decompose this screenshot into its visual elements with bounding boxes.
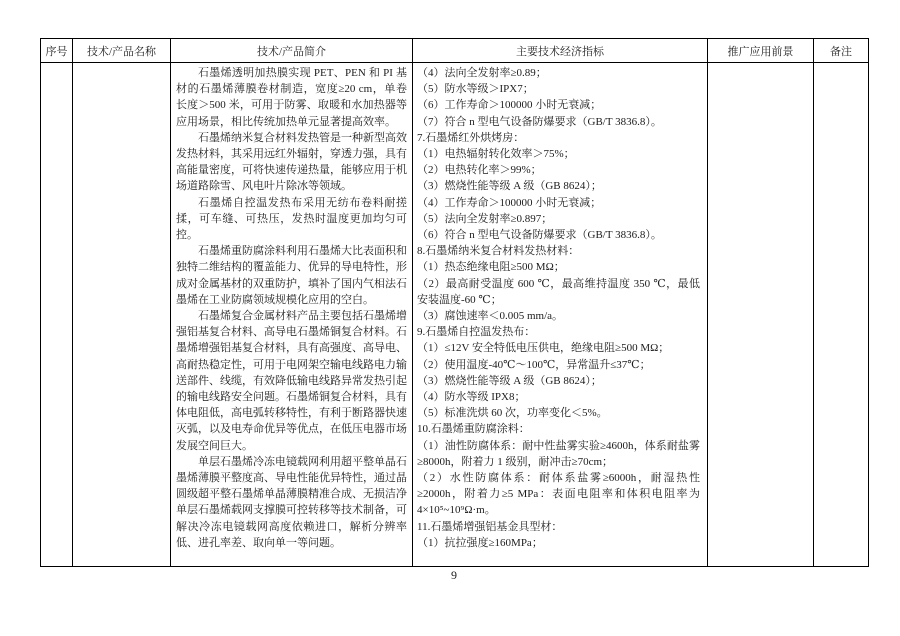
- indicator-line: 8.石墨烯纳米复合材料发热材料：: [417, 243, 700, 259]
- indicator-line: 11.石墨烯增强铝基金具型材：: [417, 519, 700, 535]
- indicator-line: （1）热态绝缘电阻≥500 MΩ；: [417, 259, 700, 275]
- indicator-line: 10.石墨烯重防腐涂料：: [417, 421, 700, 437]
- table-header-row: 序号 技术/产品名称 技术/产品简介 主要技术经济指标 推广应用前景 备注: [41, 39, 869, 63]
- product-spec-table: 序号 技术/产品名称 技术/产品简介 主要技术经济指标 推广应用前景 备注 石墨…: [40, 38, 869, 567]
- indicator-line: （5）防水等级＞IPX7；: [417, 81, 700, 97]
- col-header-product-name: 技术/产品名称: [73, 39, 171, 63]
- col-header-prospect: 推广应用前景: [708, 39, 814, 63]
- intro-paragraph: 石墨烯重防腐涂料利用石墨烯大比表面积和独特二维结构的覆盖能力、优异的导电特性，形…: [176, 243, 407, 308]
- indicator-line: （4）防水等级 IPX8；: [417, 389, 700, 405]
- intro-paragraph: 单层石墨烯冷冻电镜载网利用超平整单晶石墨烯薄膜平整度高、导电性能优异特性，通过晶…: [176, 454, 407, 551]
- indicator-line: （7）符合 n 型电气设备防爆要求（GB/T 3836.8）。: [417, 114, 700, 130]
- indicator-line: 7.石墨烯红外烘烤房：: [417, 130, 700, 146]
- col-header-intro: 技术/产品简介: [171, 39, 413, 63]
- indicator-line: （1）油性防腐体系：耐中性盐雾实验≥4600h，体系耐盐雾≥8000h，附着力 …: [417, 438, 700, 470]
- indicator-line: （3）燃烧性能等级 A 级（GB 8624）；: [417, 178, 700, 194]
- indicator-line: （6）工作寿命＞100000 小时无衰减；: [417, 97, 700, 113]
- table-row: 石墨烯透明加热膜实现 PET、PEN 和 PI 基材的石墨烯薄膜卷材制造，宽度≥…: [41, 63, 869, 567]
- indicator-line: （2）使用温度-40℃～100℃，异常温升≤37℃；: [417, 357, 700, 373]
- serial-cell: [41, 63, 73, 567]
- indicator-line: （3）燃烧性能等级 A 级（GB 8624）；: [417, 373, 700, 389]
- indicator-line: （4）法向全发射率≥0.89；: [417, 65, 700, 81]
- indicator-line: （5）标准洗烘 60 次，功率变化＜5%。: [417, 405, 700, 421]
- indicator-line: （6）符合 n 型电气设备防爆要求（GB/T 3836.8）。: [417, 227, 700, 243]
- product-name-cell: [73, 63, 171, 567]
- col-header-remark: 备注: [814, 39, 869, 63]
- indicator-line: 9.石墨烯自控温发热布：: [417, 324, 700, 340]
- page-number: 9: [40, 568, 868, 583]
- intro-paragraph: 石墨烯透明加热膜实现 PET、PEN 和 PI 基材的石墨烯薄膜卷材制造，宽度≥…: [176, 65, 407, 130]
- col-header-indicators: 主要技术经济指标: [413, 39, 708, 63]
- indicator-line: （2）水性防腐体系：耐体系盐雾≥6000h，耐湿热性≥2000h，附着力≥5 M…: [417, 470, 700, 519]
- indicator-line: （4）工作寿命＞100000 小时无衰减；: [417, 195, 700, 211]
- intro-paragraph: 石墨烯复合金属材料产品主要包括石墨烯增强铝基复合材料、高导电石墨烯铜复合材料。石…: [176, 308, 407, 454]
- indicator-line: （1）电热辐射转化效率＞75%；: [417, 146, 700, 162]
- indicator-line: （1）抗拉强度≥160MPa；: [417, 535, 700, 551]
- col-header-serial: 序号: [41, 39, 73, 63]
- prospect-cell: [708, 63, 814, 567]
- indicator-line: （2）最高耐受温度 600 ℃，最高维持温度 350 ℃，最低安装温度-60 ℃…: [417, 276, 700, 308]
- indicator-line: （3）腐蚀速率＜0.005 mm/a。: [417, 308, 700, 324]
- intro-cell: 石墨烯透明加热膜实现 PET、PEN 和 PI 基材的石墨烯薄膜卷材制造，宽度≥…: [171, 63, 413, 567]
- intro-paragraph: 石墨烯纳米复合材料发热管是一种新型高效发热材料，其采用远红外辐射，穿透力强，具有…: [176, 130, 407, 195]
- remark-cell: [814, 63, 869, 567]
- indicator-line: （5）法向全发射率≥0.897；: [417, 211, 700, 227]
- indicator-line: （2）电热转化率＞99%；: [417, 162, 700, 178]
- indicator-line: （1）≤12V 安全特低电压供电，绝缘电阻≥500 MΩ；: [417, 340, 700, 356]
- intro-paragraph: 石墨烯自控温发热布采用无纺布卷料耐搓揉，可车缝、可热压，发热时温度更加均匀可控。: [176, 195, 407, 244]
- indicators-cell: （4）法向全发射率≥0.89； （5）防水等级＞IPX7； （6）工作寿命＞10…: [413, 63, 708, 567]
